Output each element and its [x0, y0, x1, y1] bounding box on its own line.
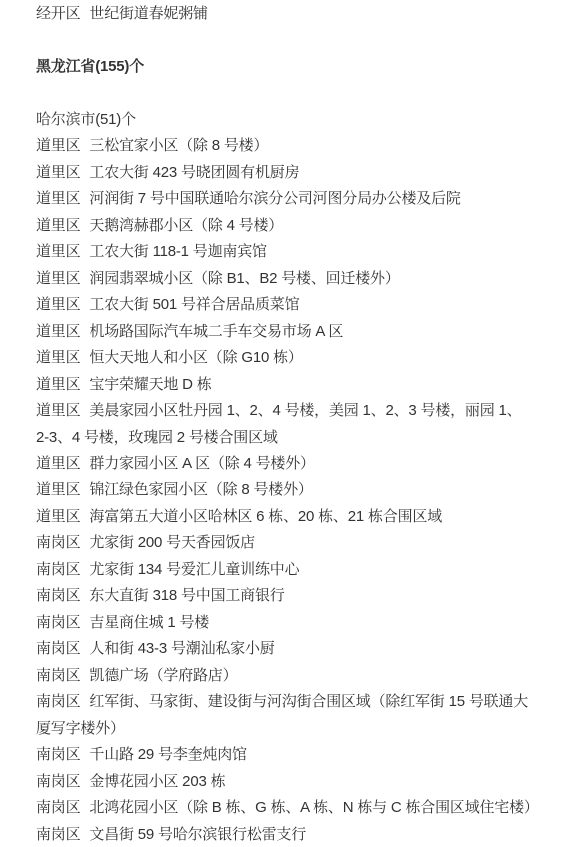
- district-label: 道里区: [36, 323, 80, 340]
- district-label: 南岗区: [36, 693, 80, 710]
- location-text: 工农大街 423 号晓团圆有机厨房: [89, 164, 299, 181]
- list-item: 道里区润园翡翠城小区（除 B1、B2 号楼、回迁楼外）: [36, 266, 559, 292]
- list-item: 南岗区东大直街 318 号中国工商银行: [36, 583, 559, 609]
- list-item: 道里区海富第五大道小区哈林区 6 栋、20 栋、21 栋合围区域: [36, 504, 559, 530]
- location-text: 海富第五大道小区哈林区 6 栋、20 栋、21 栋合围区域: [89, 508, 442, 525]
- spacer: [36, 80, 559, 106]
- list-item: 道里区宝宇荣耀天地 D 栋: [36, 372, 559, 398]
- district-label: 道里区: [36, 349, 80, 366]
- district-label: 道里区: [36, 481, 80, 498]
- risk-area-document: 经开区世纪街道春妮粥铺 黑龙江省(155)个 哈尔滨市(51)个 道里区三松宜家…: [0, 0, 563, 847]
- list-item: 道里区恒大天地人和小区（除 G10 栋）: [36, 345, 559, 371]
- location-text: 三松宜家小区（除 8 号楼）: [89, 137, 268, 154]
- list-item: 南岗区凯德广场（学府路店）: [36, 663, 559, 689]
- district-label: 南岗区: [36, 561, 80, 578]
- location-text: 人和街 43-3 号潮汕私家小厨: [89, 640, 274, 657]
- list-item: 南岗区千山路 29 号李奎炖肉馆: [36, 742, 559, 768]
- list-item: 南岗区尤家街 200 号天香园饭店: [36, 530, 559, 556]
- list-item: 道里区河润街 7 号中国联通哈尔滨分公司河图分局办公楼及后院: [36, 186, 559, 212]
- location-text: 工农大街 501 号祥合居品质菜馆: [89, 296, 299, 313]
- location-text: 北鸿花园小区（除 B 栋、G 栋、A 栋、N 栋与 C 栋合围区域住宅楼）: [89, 799, 538, 816]
- district-label: 道里区: [36, 217, 80, 234]
- district-label: 南岗区: [36, 587, 80, 604]
- list-item: 道里区群力家园小区 A 区（除 4 号楼外）: [36, 451, 559, 477]
- province-heading: 黑龙江省(155)个: [36, 54, 559, 80]
- district-label: 南岗区: [36, 799, 80, 816]
- list-item: 道里区工农大街 423 号晓团圆有机厨房: [36, 160, 559, 186]
- list-item: 道里区工农大街 118-1 号迦南宾馆: [36, 239, 559, 265]
- location-text: 红军街、马家街、建设街与河沟街合围区域（除红军街 15 号联通大 厦写字楼外）: [36, 693, 528, 736]
- list-item: 南岗区吉星商住城 1 号楼: [36, 610, 559, 636]
- location-text: 美晨家园小区牡丹园 1、2、4 号楼，美园 1、2、3 号楼，丽园 1、 2-3…: [36, 402, 521, 445]
- list-item: 道里区天鹅湾赫郡小区（除 4 号楼）: [36, 213, 559, 239]
- list-item: 南岗区文昌街 59 号哈尔滨银行松雷支行: [36, 822, 559, 847]
- district-label: 南岗区: [36, 534, 80, 551]
- district-label: 道里区: [36, 270, 80, 287]
- district-label: 道里区: [36, 190, 80, 207]
- list-item: 道里区工农大街 501 号祥合居品质菜馆: [36, 292, 559, 318]
- location-text: 群力家园小区 A 区（除 4 号楼外）: [89, 455, 314, 472]
- location-text: 宝宇荣耀天地 D 栋: [89, 376, 211, 393]
- location-text: 锦江绿色家园小区（除 8 号楼外）: [89, 481, 312, 498]
- list-item: 南岗区北鸿花园小区（除 B 栋、G 栋、A 栋、N 栋与 C 栋合围区域住宅楼）: [36, 795, 559, 821]
- district-label: 南岗区: [36, 746, 80, 763]
- spacer: [36, 27, 559, 53]
- district-label: 道里区: [36, 376, 80, 393]
- location-text: 文昌街 59 号哈尔滨银行松雷支行: [89, 826, 306, 843]
- district-label: 道里区: [36, 243, 80, 260]
- location-text: 东大直街 318 号中国工商银行: [89, 587, 284, 604]
- district-label: 南岗区: [36, 640, 80, 657]
- risk-area-list: 道里区三松宜家小区（除 8 号楼） 道里区工农大街 423 号晓团圆有机厨房 道…: [36, 133, 559, 847]
- list-item: 道里区机场路国际汽车城二手车交易市场 A 区: [36, 319, 559, 345]
- list-item: 道里区锦江绿色家园小区（除 8 号楼外）: [36, 477, 559, 503]
- district-label: 南岗区: [36, 614, 80, 631]
- district-label: 道里区: [36, 164, 80, 181]
- location-text: 吉星商住城 1 号楼: [89, 614, 209, 631]
- location-text: 机场路国际汽车城二手车交易市场 A 区: [89, 323, 343, 340]
- location-text: 尤家街 134 号爱汇儿童训练中心: [89, 561, 299, 578]
- location-text: 金博花园小区 203 栋: [89, 773, 225, 790]
- district-label: 南岗区: [36, 826, 80, 843]
- location-text: 恒大天地人和小区（除 G10 栋）: [89, 349, 302, 366]
- location-text: 润园翡翠城小区（除 B1、B2 号楼、回迁楼外）: [89, 270, 399, 287]
- district-label: 南岗区: [36, 773, 80, 790]
- location-text: 天鹅湾赫郡小区（除 4 号楼）: [89, 217, 283, 234]
- list-item: 道里区美晨家园小区牡丹园 1、2、4 号楼，美园 1、2、3 号楼，丽园 1、 …: [36, 398, 559, 451]
- location-text: 工农大街 118-1 号迦南宾馆: [89, 243, 266, 260]
- district-label: 南岗区: [36, 667, 80, 684]
- location-text: 河润街 7 号中国联通哈尔滨分公司河图分局办公楼及后院: [89, 190, 460, 207]
- city-heading: 哈尔滨市(51)个: [36, 107, 559, 133]
- location-text: 千山路 29 号李奎炖肉馆: [89, 746, 246, 763]
- intro-list-item: 经开区世纪街道春妮粥铺: [36, 1, 559, 27]
- list-item: 南岗区金博花园小区 203 栋: [36, 769, 559, 795]
- district-label: 道里区: [36, 296, 80, 313]
- list-item: 南岗区人和街 43-3 号潮汕私家小厨: [36, 636, 559, 662]
- list-item: 南岗区尤家街 134 号爱汇儿童训练中心: [36, 557, 559, 583]
- district-label: 道里区: [36, 508, 80, 525]
- district-label: 道里区: [36, 402, 80, 419]
- location-text: 世纪街道春妮粥铺: [89, 5, 207, 22]
- list-item: 道里区三松宜家小区（除 8 号楼）: [36, 133, 559, 159]
- location-text: 尤家街 200 号天香园饭店: [89, 534, 255, 551]
- district-label: 经开区: [36, 5, 80, 22]
- district-label: 道里区: [36, 137, 80, 154]
- list-item: 南岗区红军街、马家街、建设街与河沟街合围区域（除红军街 15 号联通大 厦写字楼…: [36, 689, 559, 742]
- location-text: 凯德广场（学府路店）: [89, 667, 237, 684]
- district-label: 道里区: [36, 455, 80, 472]
